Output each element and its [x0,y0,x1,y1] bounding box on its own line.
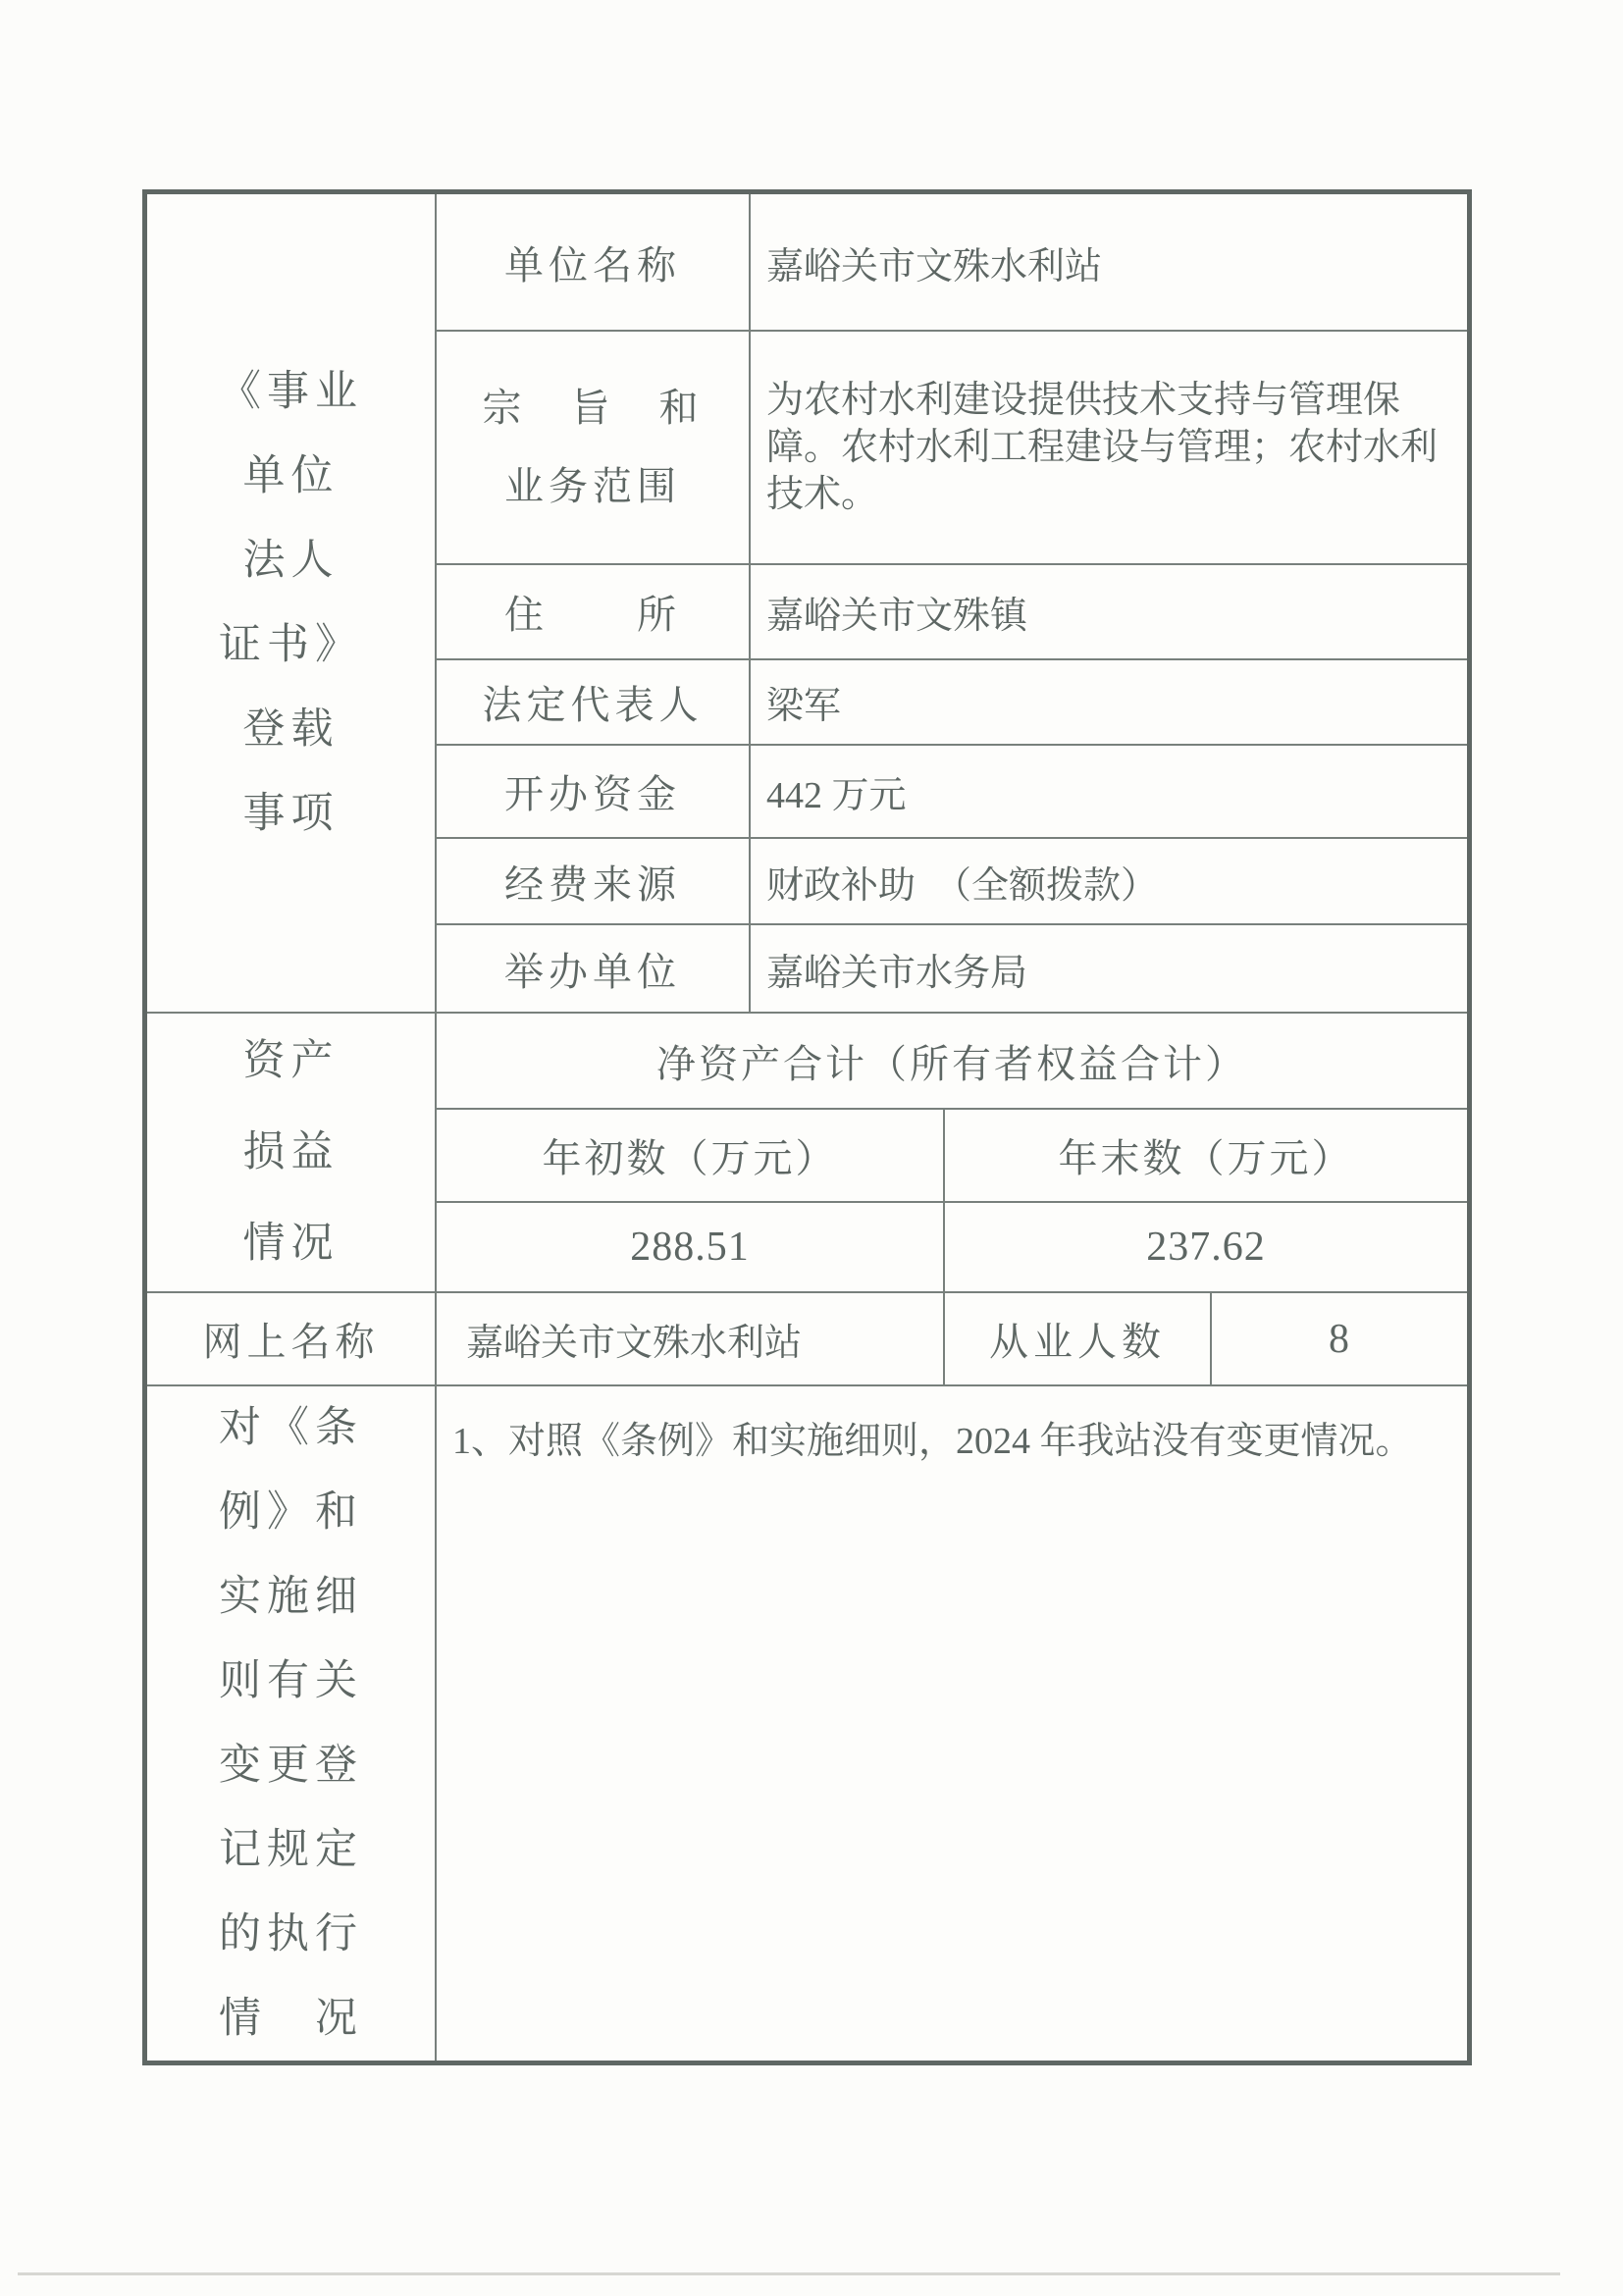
certificate-side-label: 《事业 单位 法人 证书》 登载 事项 [147,194,437,1014]
scan-artifact-line [18,2272,1560,2275]
unit-name-value: 嘉峪关市文殊水利站 [751,194,1467,332]
startup-capital-value: 442 万元 [751,746,1467,839]
funding-source-label: 经费来源 [437,839,751,925]
funding-source-value: 财政补助 （全额拨款） [751,839,1467,925]
year-end-value: 237.62 [945,1203,1467,1293]
year-start-value: 288.51 [437,1203,945,1293]
online-name-label: 网上名称 [147,1293,437,1386]
startup-capital-label: 开办资金 [437,746,751,839]
legal-representative-label: 法定代表人 [437,660,751,746]
legal-representative-value: 梁军 [751,660,1467,746]
organizer-value: 嘉峪关市水务局 [751,925,1467,1014]
compliance-content: 1、对照《条例》和实施细则，2024 年我站没有变更情况。 [437,1386,1467,2061]
staff-count-value: 8 [1212,1293,1467,1386]
unit-name-label: 单位名称 [437,194,751,332]
registration-table: 《事业 单位 法人 证书》 登载 事项 单位名称 嘉峪关市文殊水利站 宗 旨 和… [142,189,1472,2065]
year-start-col-label: 年初数（万元） [437,1110,945,1203]
organizer-label: 举办单位 [437,925,751,1014]
staff-count-label: 从业人数 [945,1293,1212,1386]
purpose-scope-value: 为农村水利建设提供技术支持与管理保障。农村水利工程建设与管理；农村水利技术。 [751,332,1467,565]
year-end-col-label: 年末数（万元） [945,1110,1467,1203]
compliance-side-label: 对《条 例》和 实施细 则有关 变更登 记规定 的执行 情 况 [147,1386,437,2061]
net-assets-header: 净资产合计（所有者权益合计） [437,1014,1467,1110]
address-label: 住 所 [437,565,751,660]
address-value: 嘉峪关市文殊镇 [751,565,1467,660]
online-name-value: 嘉峪关市文殊水利站 [437,1293,945,1386]
purpose-scope-label: 宗 旨 和 业务范围 [437,332,751,565]
assets-side-label: 资产 损益 情况 [147,1014,437,1293]
